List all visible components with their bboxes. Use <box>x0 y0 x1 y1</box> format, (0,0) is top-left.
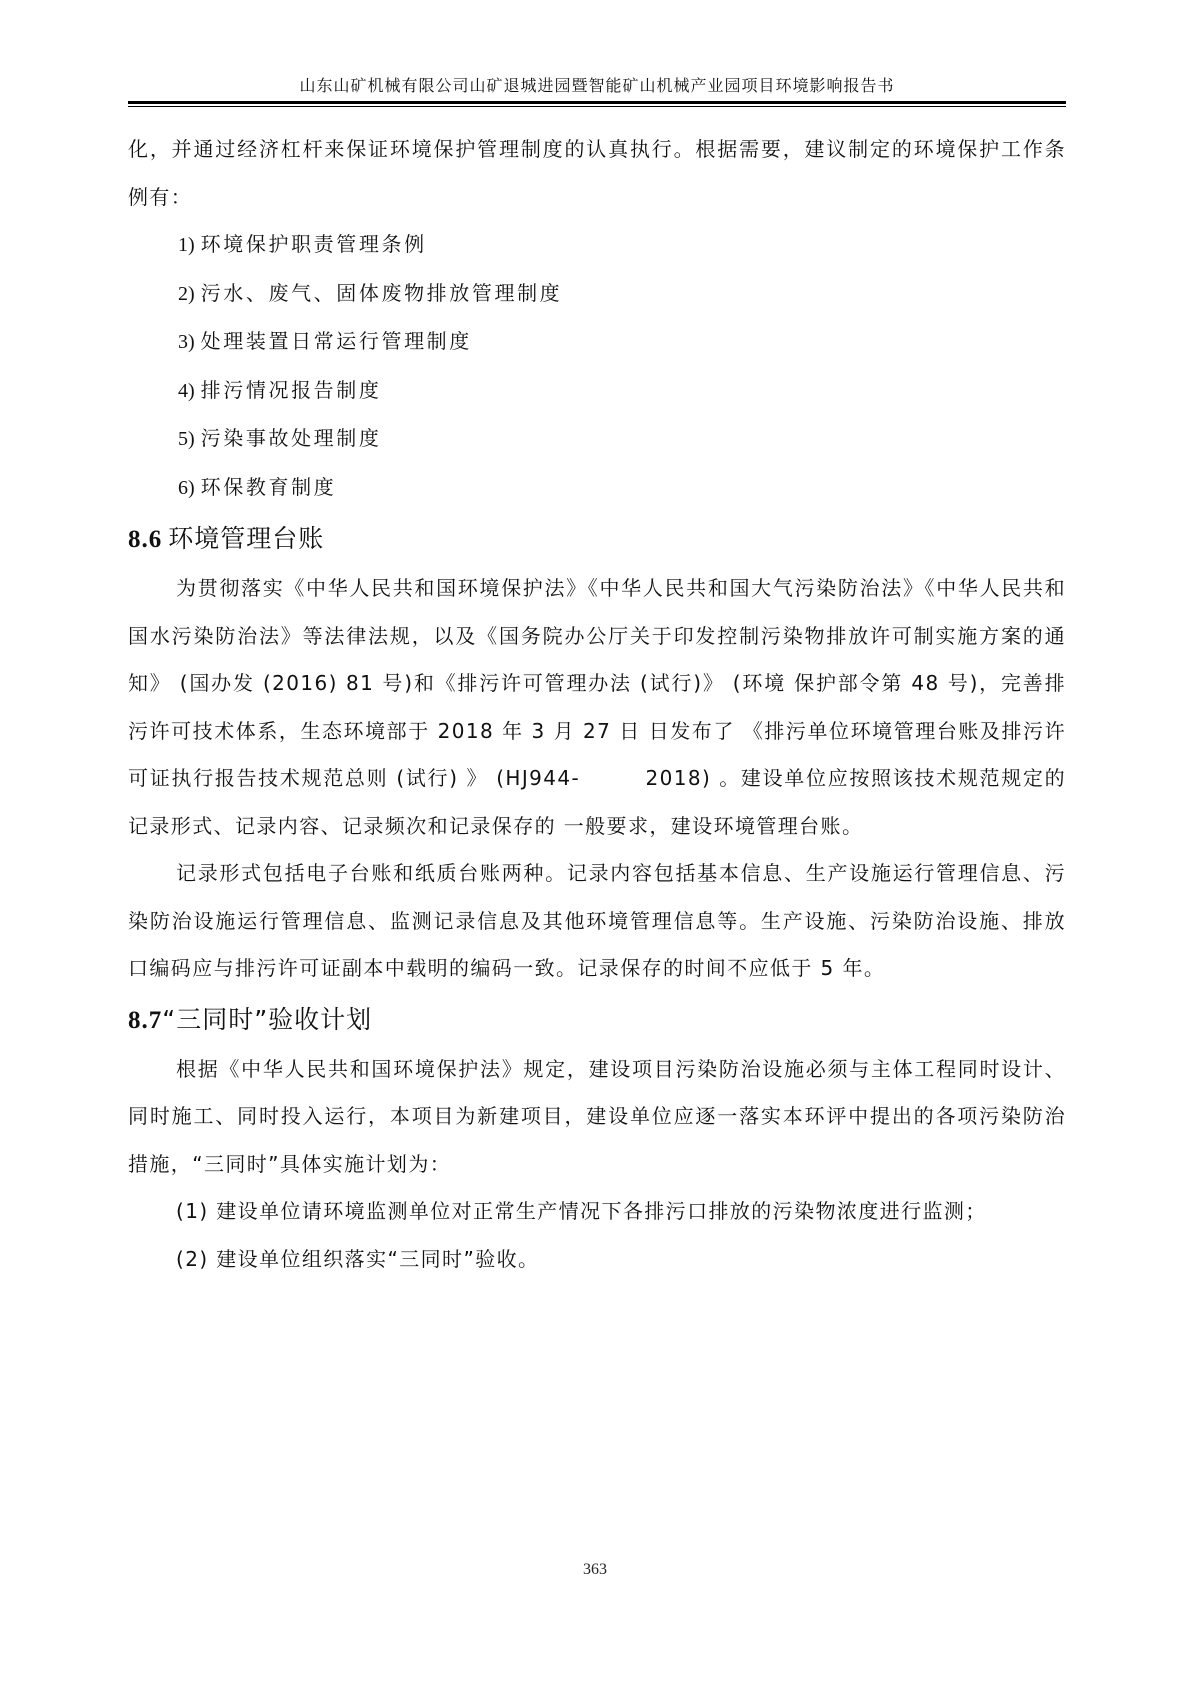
header-rule-thin <box>128 106 1066 107</box>
section-title: 环境管理台账 <box>168 524 324 553</box>
list-item-text: 排污情况报告制度 <box>201 378 382 402</box>
header-rule-thick <box>128 101 1066 104</box>
list-item-number: 2) <box>178 283 195 305</box>
intro-paragraph: 化，并通过经济杠杆来保证环境保护管理制度的认真执行。根据需要，建议制定的环境保护… <box>128 126 1066 221</box>
list-item-text: 处理装置日常运行管理制度 <box>201 329 472 353</box>
section-8-7-item-1: (1) 建设单位请环境监测单位对正常生产情况下各排污口排放的污染物浓度进行监测； <box>128 1188 1066 1236</box>
list-item-text: 污染事故处理制度 <box>201 426 382 450</box>
section-8-6-paragraph-2: 记录形式包括电子台账和纸质台账两种。记录内容包括基本信息、生产设施运行管理信息、… <box>128 850 1066 993</box>
section-heading-8-6: 8.6环境管理台账 <box>128 516 1066 563</box>
list-item: 3)处理装置日常运行管理制度 <box>128 318 1066 367</box>
section-heading-8-7: 8.7“三同时”验收计划 <box>128 997 1066 1044</box>
list-item-text: 环境保护职责管理条例 <box>201 232 427 256</box>
page-body: 化，并通过经济杠杆来保证环境保护管理制度的认真执行。根据需要，建议制定的环境保护… <box>128 126 1066 1283</box>
section-8-7-item-2: (2) 建设单位组织落实“三同时”验收。 <box>128 1236 1066 1284</box>
list-item-number: 3) <box>178 331 195 353</box>
section-number: 8.7 <box>128 1007 162 1034</box>
list-item: 4)排污情况报告制度 <box>128 367 1066 416</box>
regulations-list: 1)环境保护职责管理条例 2)污水、废气、固体废物排放管理制度 3)处理装置日常… <box>128 221 1066 512</box>
list-item-number: 1) <box>178 234 195 256</box>
section-title: “三同时”验收计划 <box>162 1005 372 1034</box>
list-item: 5)污染事故处理制度 <box>128 415 1066 464</box>
list-item-number: 4) <box>178 380 195 402</box>
document-header: 山东山矿机械有限公司山矿退城进园暨智能矿山机械产业园项目环境影响报告书 <box>128 76 1066 96</box>
page-number: 363 <box>0 1561 1190 1579</box>
section-8-6-paragraph-1: 为贯彻落实《中华人民共和国环境保护法》《中华人民共和国大气污染防治法》《中华人民… <box>128 565 1066 850</box>
section-number: 8.6 <box>128 526 162 553</box>
list-item: 2)污水、废气、固体废物排放管理制度 <box>128 270 1066 319</box>
list-item-number: 6) <box>178 477 195 499</box>
list-item: 6)环保教育制度 <box>128 464 1066 513</box>
list-item-text: 环保教育制度 <box>201 475 337 499</box>
list-item-text: 污水、废气、固体废物排放管理制度 <box>201 281 563 305</box>
list-item-number: 5) <box>178 428 195 450</box>
section-8-7-paragraph-1: 根据《中华人民共和国环境保护法》规定，建设项目污染防治设施必须与主体工程同时设计… <box>128 1046 1066 1189</box>
list-item: 1)环境保护职责管理条例 <box>128 221 1066 270</box>
